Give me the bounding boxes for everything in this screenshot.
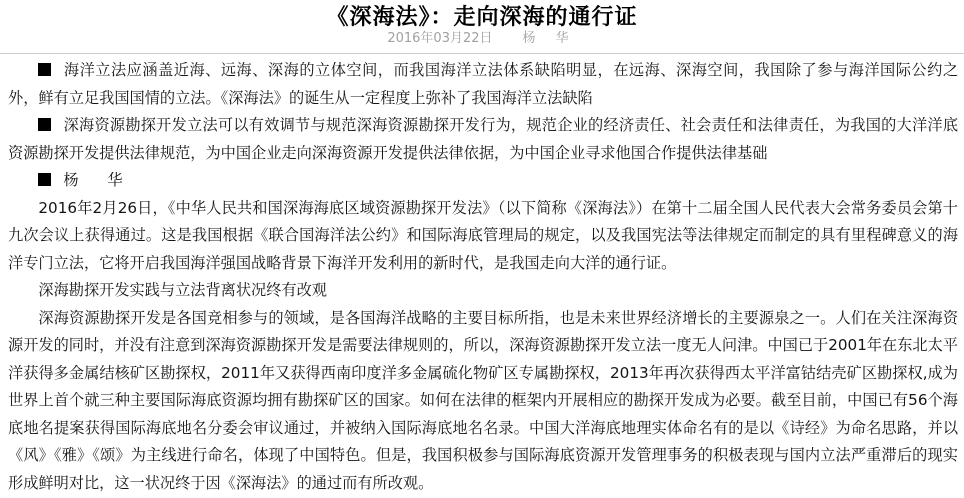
summary-point: 深海资源勘探开发立法可以有效调节与规范深海资源勘探开发行为，规范企业的经济责任、… bbox=[8, 112, 958, 167]
section-heading: 深海勘探开发实践与立法背离状况终有改观 bbox=[8, 277, 958, 305]
black-square-icon bbox=[38, 173, 51, 186]
summary-point: 海洋立法应涵盖近海、远海、深海的立体空间，而我国海洋立法体系缺陷明显，在远海、深… bbox=[8, 57, 958, 112]
byline: 杨 华 bbox=[8, 167, 958, 195]
paragraph: 深海资源勘探开发是各国竞相参与的领域，是各国海洋战略的主要目标所指，也是未来世界… bbox=[8, 305, 958, 498]
summary-text: 深海资源勘探开发立法可以有效调节与规范深海资源勘探开发行为，规范企业的经济责任、… bbox=[8, 116, 958, 162]
header-divider bbox=[0, 53, 964, 54]
black-square-icon bbox=[38, 63, 51, 76]
byline-author: 杨 华 bbox=[63, 171, 134, 189]
article-title: 《深海法》：走向深海的通行证 bbox=[0, 4, 964, 30]
black-square-icon bbox=[38, 118, 51, 131]
summary-text: 海洋立法应涵盖近海、远海、深海的立体空间，而我国海洋立法体系缺陷明显，在远海、深… bbox=[8, 61, 958, 107]
article-meta: 2016年03月22日杨 华 bbox=[0, 31, 964, 47]
author-name: 杨 华 bbox=[523, 31, 577, 46]
publish-date: 2016年03月22日 bbox=[387, 31, 492, 46]
paragraph: 2016年2月26日，《中华人民共和国深海海底区域资源勘探开发法》（以下简称《深… bbox=[8, 195, 958, 278]
article-body: 海洋立法应涵盖近海、远海、深海的立体空间，而我国海洋立法体系缺陷明显，在远海、深… bbox=[8, 57, 958, 497]
